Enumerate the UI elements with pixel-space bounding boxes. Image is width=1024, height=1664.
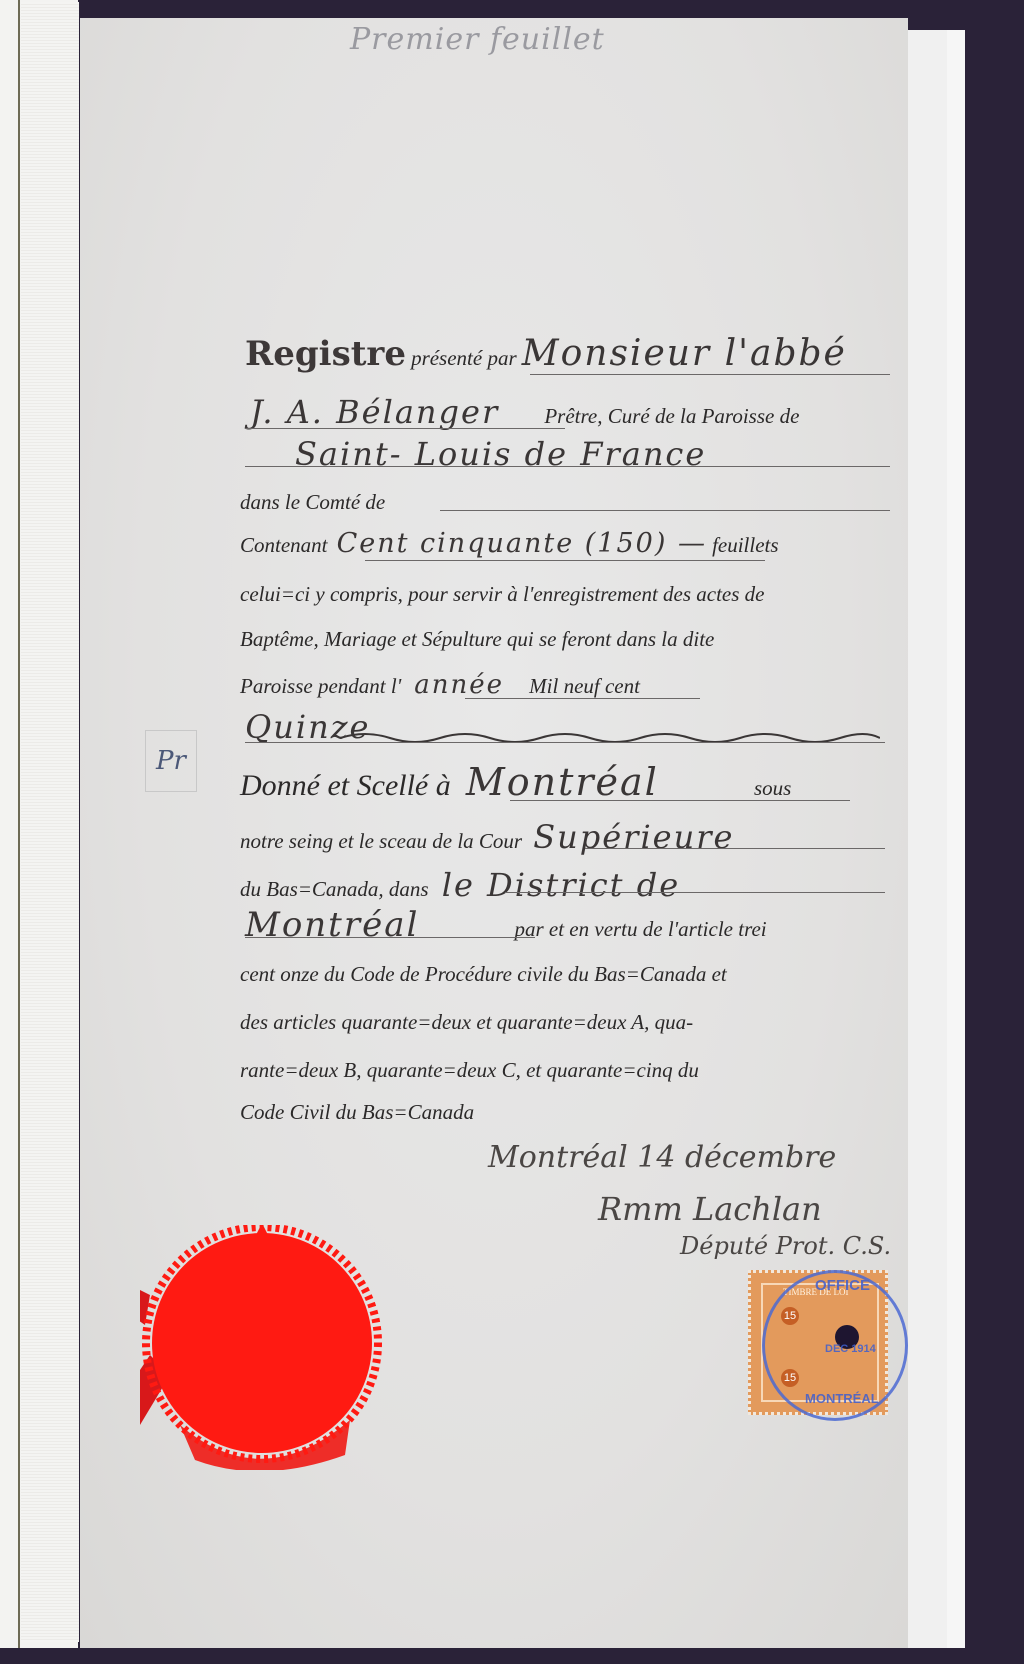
court-field: Supérieure bbox=[533, 818, 734, 856]
line-2: J. A. Bélanger Prêtre, Curé de la Parois… bbox=[250, 393, 799, 431]
given-at-field: Montréal bbox=[466, 760, 659, 804]
line-3: Saint- Louis de France bbox=[295, 435, 706, 473]
district-field: le District de bbox=[442, 866, 680, 904]
margin-initials: Pr bbox=[145, 730, 197, 792]
line-12: du Bas=Canada, dans le District de bbox=[240, 866, 680, 904]
folio-note: Premier feuillet bbox=[350, 22, 605, 57]
county-field bbox=[440, 510, 890, 511]
registre-heading: Registre bbox=[245, 334, 406, 374]
line-7: Baptême, Mariage et Sépulture qui se fer… bbox=[240, 627, 714, 652]
signature-title: Député Prot. C.S. bbox=[680, 1232, 891, 1260]
cancellation-postmark: OFFICE MONTRÉAL DEC 1914 bbox=[762, 1270, 908, 1421]
book-binding bbox=[0, 0, 78, 1664]
line-8: Paroisse pendant l' année Mil neuf cent bbox=[240, 670, 640, 700]
scan-background bbox=[0, 1648, 965, 1664]
binding-edge bbox=[18, 0, 20, 1664]
line-16: rante=deux B, quarante=deux C, et quaran… bbox=[240, 1058, 699, 1083]
line-11: notre seing et le sceau de la Cour Supér… bbox=[240, 818, 734, 856]
line-6: celui=ci y compris, pour servir à l'enre… bbox=[240, 582, 765, 607]
line-14: cent onze du Code de Procédure civile du… bbox=[240, 962, 727, 987]
line-15: des articles quarante=deux et quarante=d… bbox=[240, 1010, 693, 1035]
leaf-count-field: Cent cinquante (150) — bbox=[337, 528, 707, 559]
right-page-strip bbox=[905, 30, 965, 1652]
signature-name: Rmm Lachlan bbox=[598, 1190, 822, 1228]
line-13: Montréal par et en vertu de l'article tr… bbox=[245, 905, 767, 945]
line-4: dans le Comté de bbox=[240, 490, 385, 515]
parish-field: Saint- Louis de France bbox=[295, 435, 706, 473]
line-10: Donné et Scellé à Montréal sous bbox=[240, 760, 791, 804]
line-5: Contenant Cent cinquante (150) — feuille… bbox=[240, 528, 779, 559]
priest-name-field: J. A. Bélanger bbox=[250, 393, 499, 431]
line-1: Registre présenté par Monsieur l'abbé bbox=[245, 333, 847, 374]
place-date: Montréal 14 décembre bbox=[488, 1140, 836, 1175]
year-word-field: année bbox=[414, 670, 504, 700]
binding-tape bbox=[21, 2, 79, 1642]
district-name-field: Montréal bbox=[245, 905, 419, 945]
red-seal-icon bbox=[140, 1225, 385, 1470]
line-17: Code Civil du Bas=Canada bbox=[240, 1100, 474, 1125]
presenter-field: Monsieur l'abbé bbox=[522, 333, 847, 374]
